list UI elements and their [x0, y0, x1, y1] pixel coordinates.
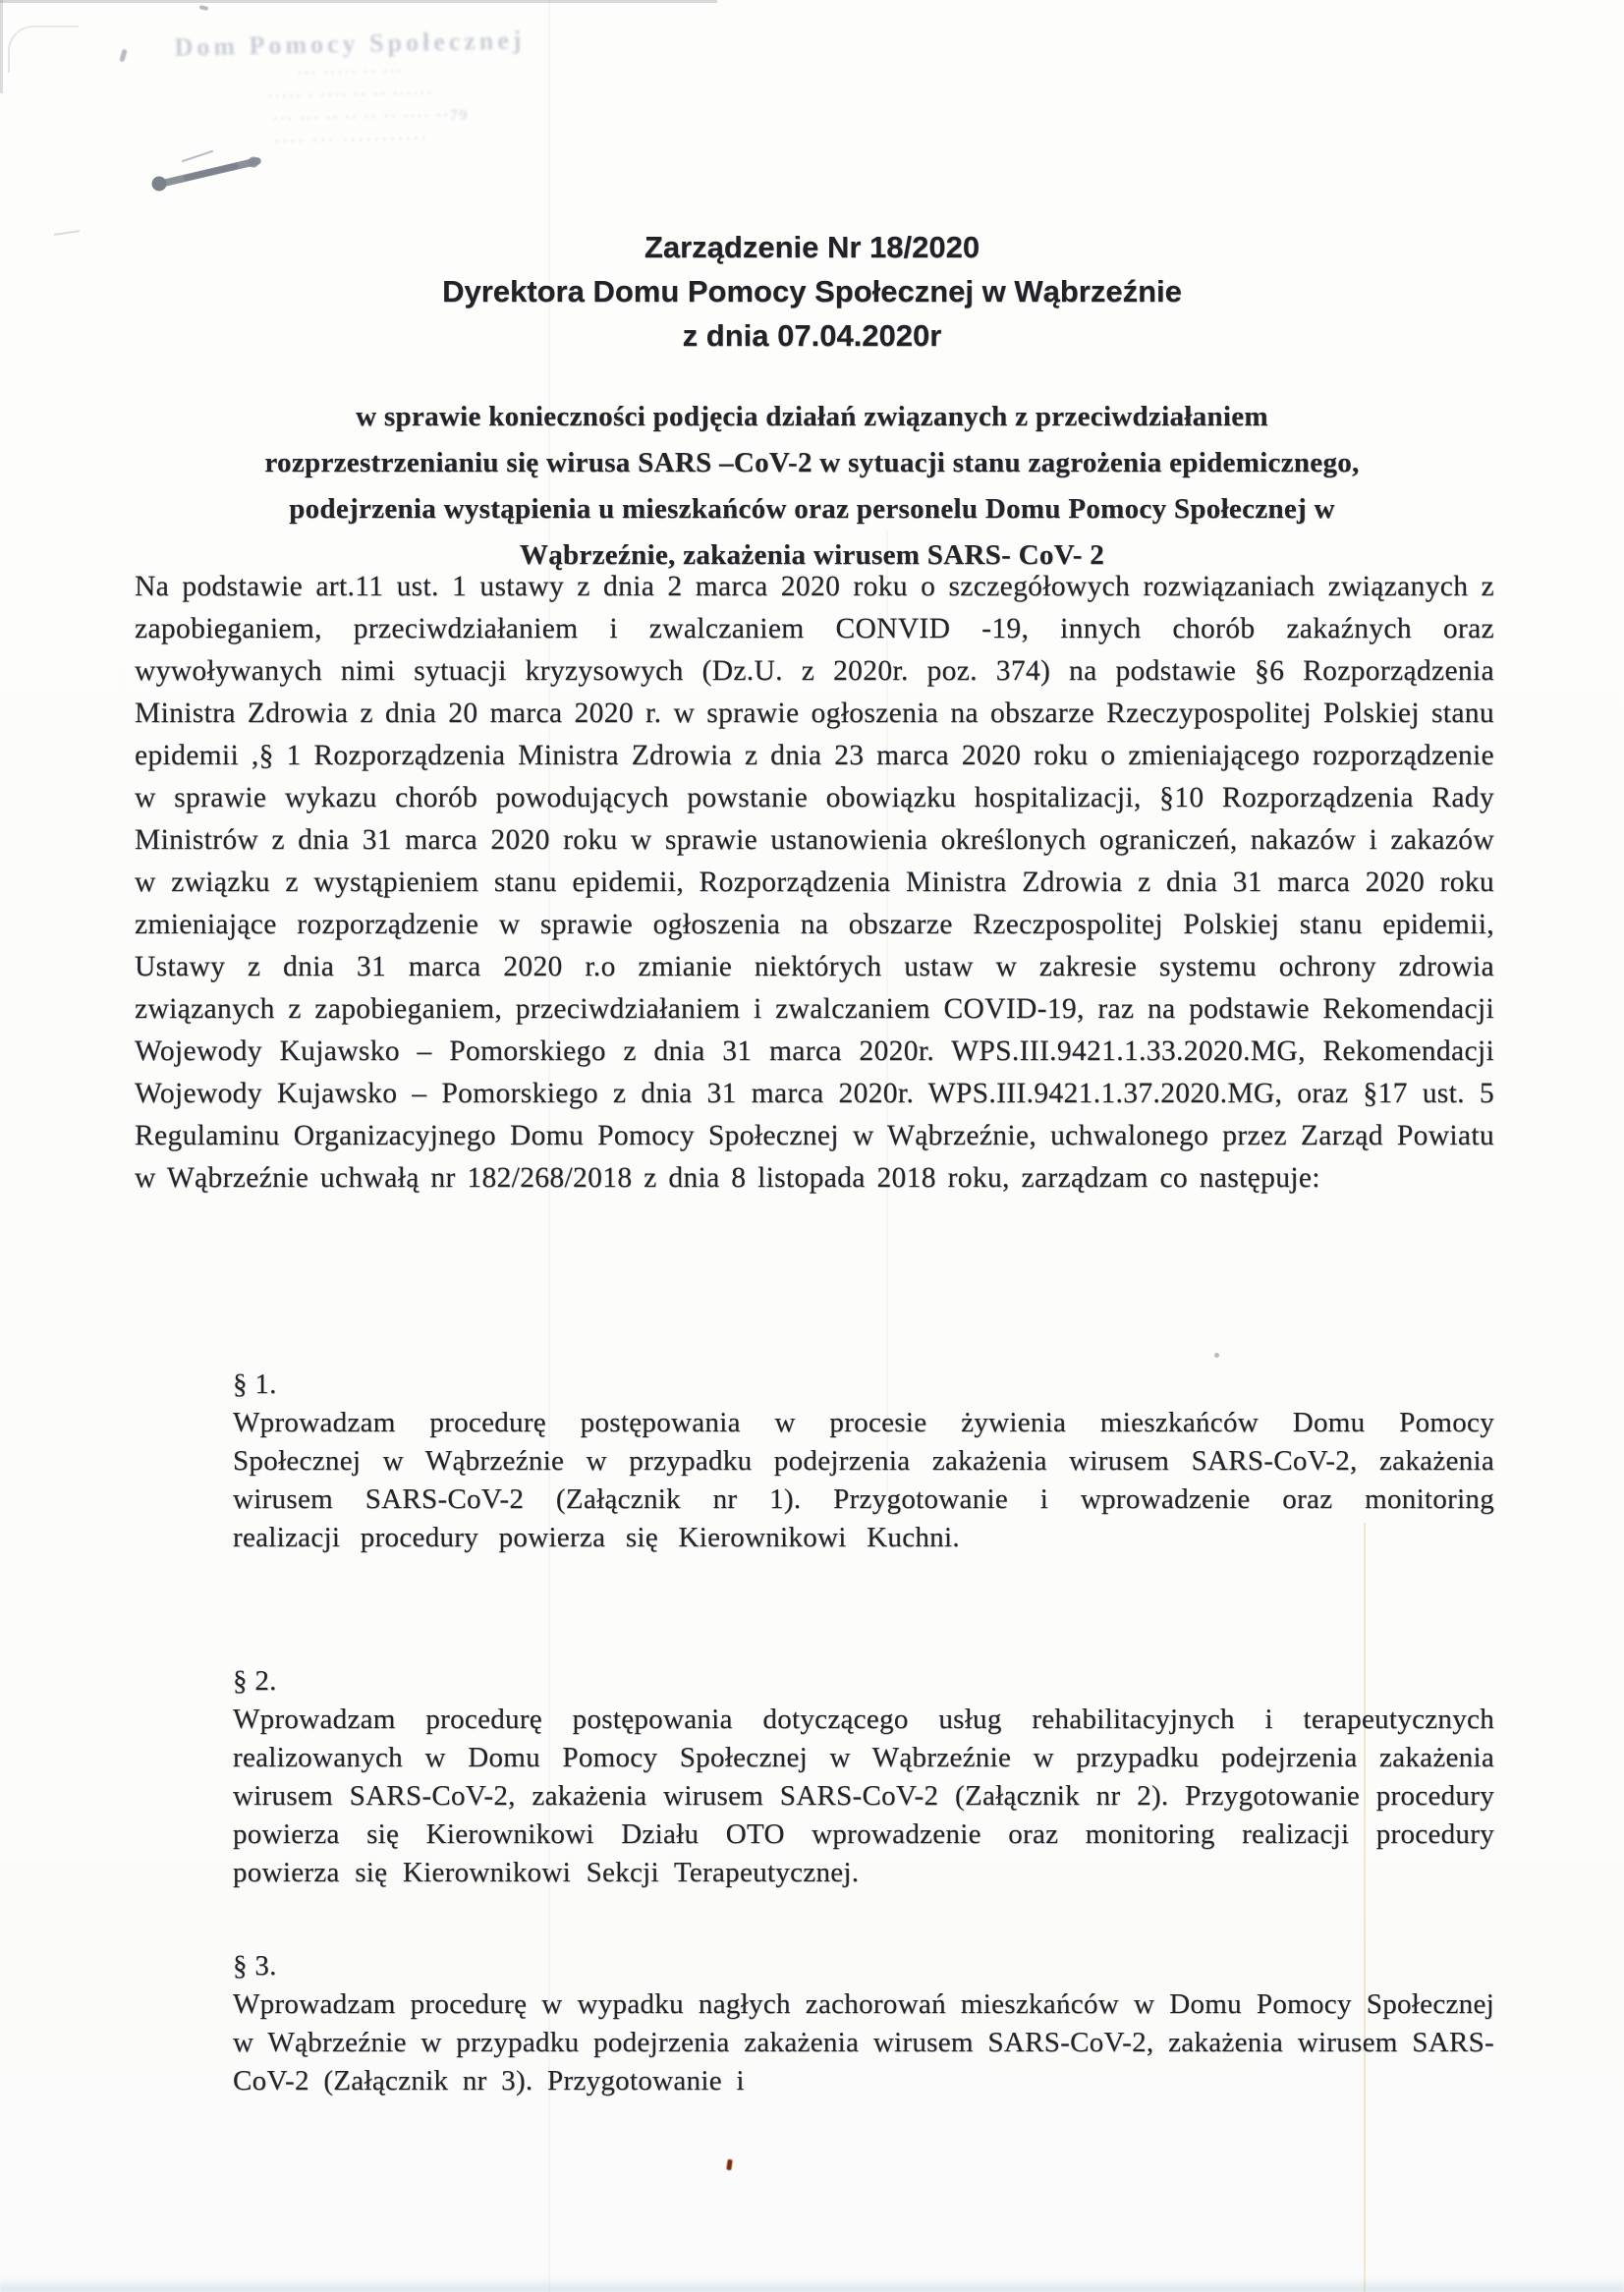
- section-text: Wprowadzam procedurę w wypadku nagłych z…: [233, 1985, 1494, 2100]
- scan-streak: [1364, 1523, 1366, 2292]
- section-2: § 2. Wprowadzam procedurę postępowania d…: [233, 1662, 1494, 1892]
- stamp-line: ··· ··· ·· ·· ·· ·· ···· ··79: [179, 105, 562, 130]
- page-edge-artifact: [0, 0, 3, 93]
- scan-speck: [1214, 1353, 1219, 1358]
- pen-stroke: [98, 138, 285, 211]
- subject-line: podejrzenia wystąpienia u mieszkańców or…: [118, 486, 1506, 532]
- stamp-line: Dom Pomocy Społecznej: [139, 26, 562, 64]
- page-edge-artifact: [0, 0, 717, 3]
- section-number: § 3.: [233, 1947, 1494, 1985]
- section-text: Wprowadzam procedurę postępowania dotycz…: [233, 1701, 1494, 1892]
- ordinance-number: Zarządzenie Nr 18/2020: [0, 225, 1624, 269]
- section-1: § 1. Wprowadzam procedurę postępowania w…: [233, 1366, 1494, 1557]
- section-3: § 3. Wprowadzam procedurę w wypadku nagł…: [233, 1947, 1494, 2100]
- scan-speck: [199, 5, 209, 11]
- page-edge-artifact: [8, 26, 79, 73]
- stamp-line: ····· · ···· ·· ·· ······: [140, 83, 562, 108]
- subject-line: rozprzestrzenianiu się wirusa SARS –CoV-…: [118, 440, 1506, 486]
- ordinance-issuer: Dyrektora Domu Pomocy Społecznej w Wąbrz…: [0, 269, 1624, 313]
- stamp-line: ··· ····· ·· ···: [140, 61, 562, 86]
- section-number: § 1.: [233, 1366, 1494, 1404]
- ordinance-date: z dnia 07.04.2020r: [0, 313, 1624, 358]
- scanned-document-page: Dom Pomocy Społecznej ··· ····· ·· ··· ·…: [0, 0, 1624, 2292]
- section-text: Wprowadzam procedurę postępowania w proc…: [233, 1404, 1494, 1557]
- scan-speck: [119, 49, 127, 63]
- subject-block: w sprawie konieczności podjęcia działań …: [118, 394, 1506, 579]
- subject-line: w sprawie konieczności podjęcia działań …: [118, 394, 1506, 440]
- ink-dot: [726, 2159, 732, 2171]
- section-number: § 2.: [233, 1662, 1494, 1701]
- legal-basis-paragraph: Na podstawie art.11 ust. 1 ustawy z dnia…: [135, 566, 1494, 1200]
- faded-stamp: Dom Pomocy Społecznej ··· ····· ·· ··· ·…: [139, 26, 563, 154]
- document-title: Zarządzenie Nr 18/2020 Dyrektora Domu Po…: [0, 225, 1624, 358]
- scan-streak: [0, 2277, 1624, 2292]
